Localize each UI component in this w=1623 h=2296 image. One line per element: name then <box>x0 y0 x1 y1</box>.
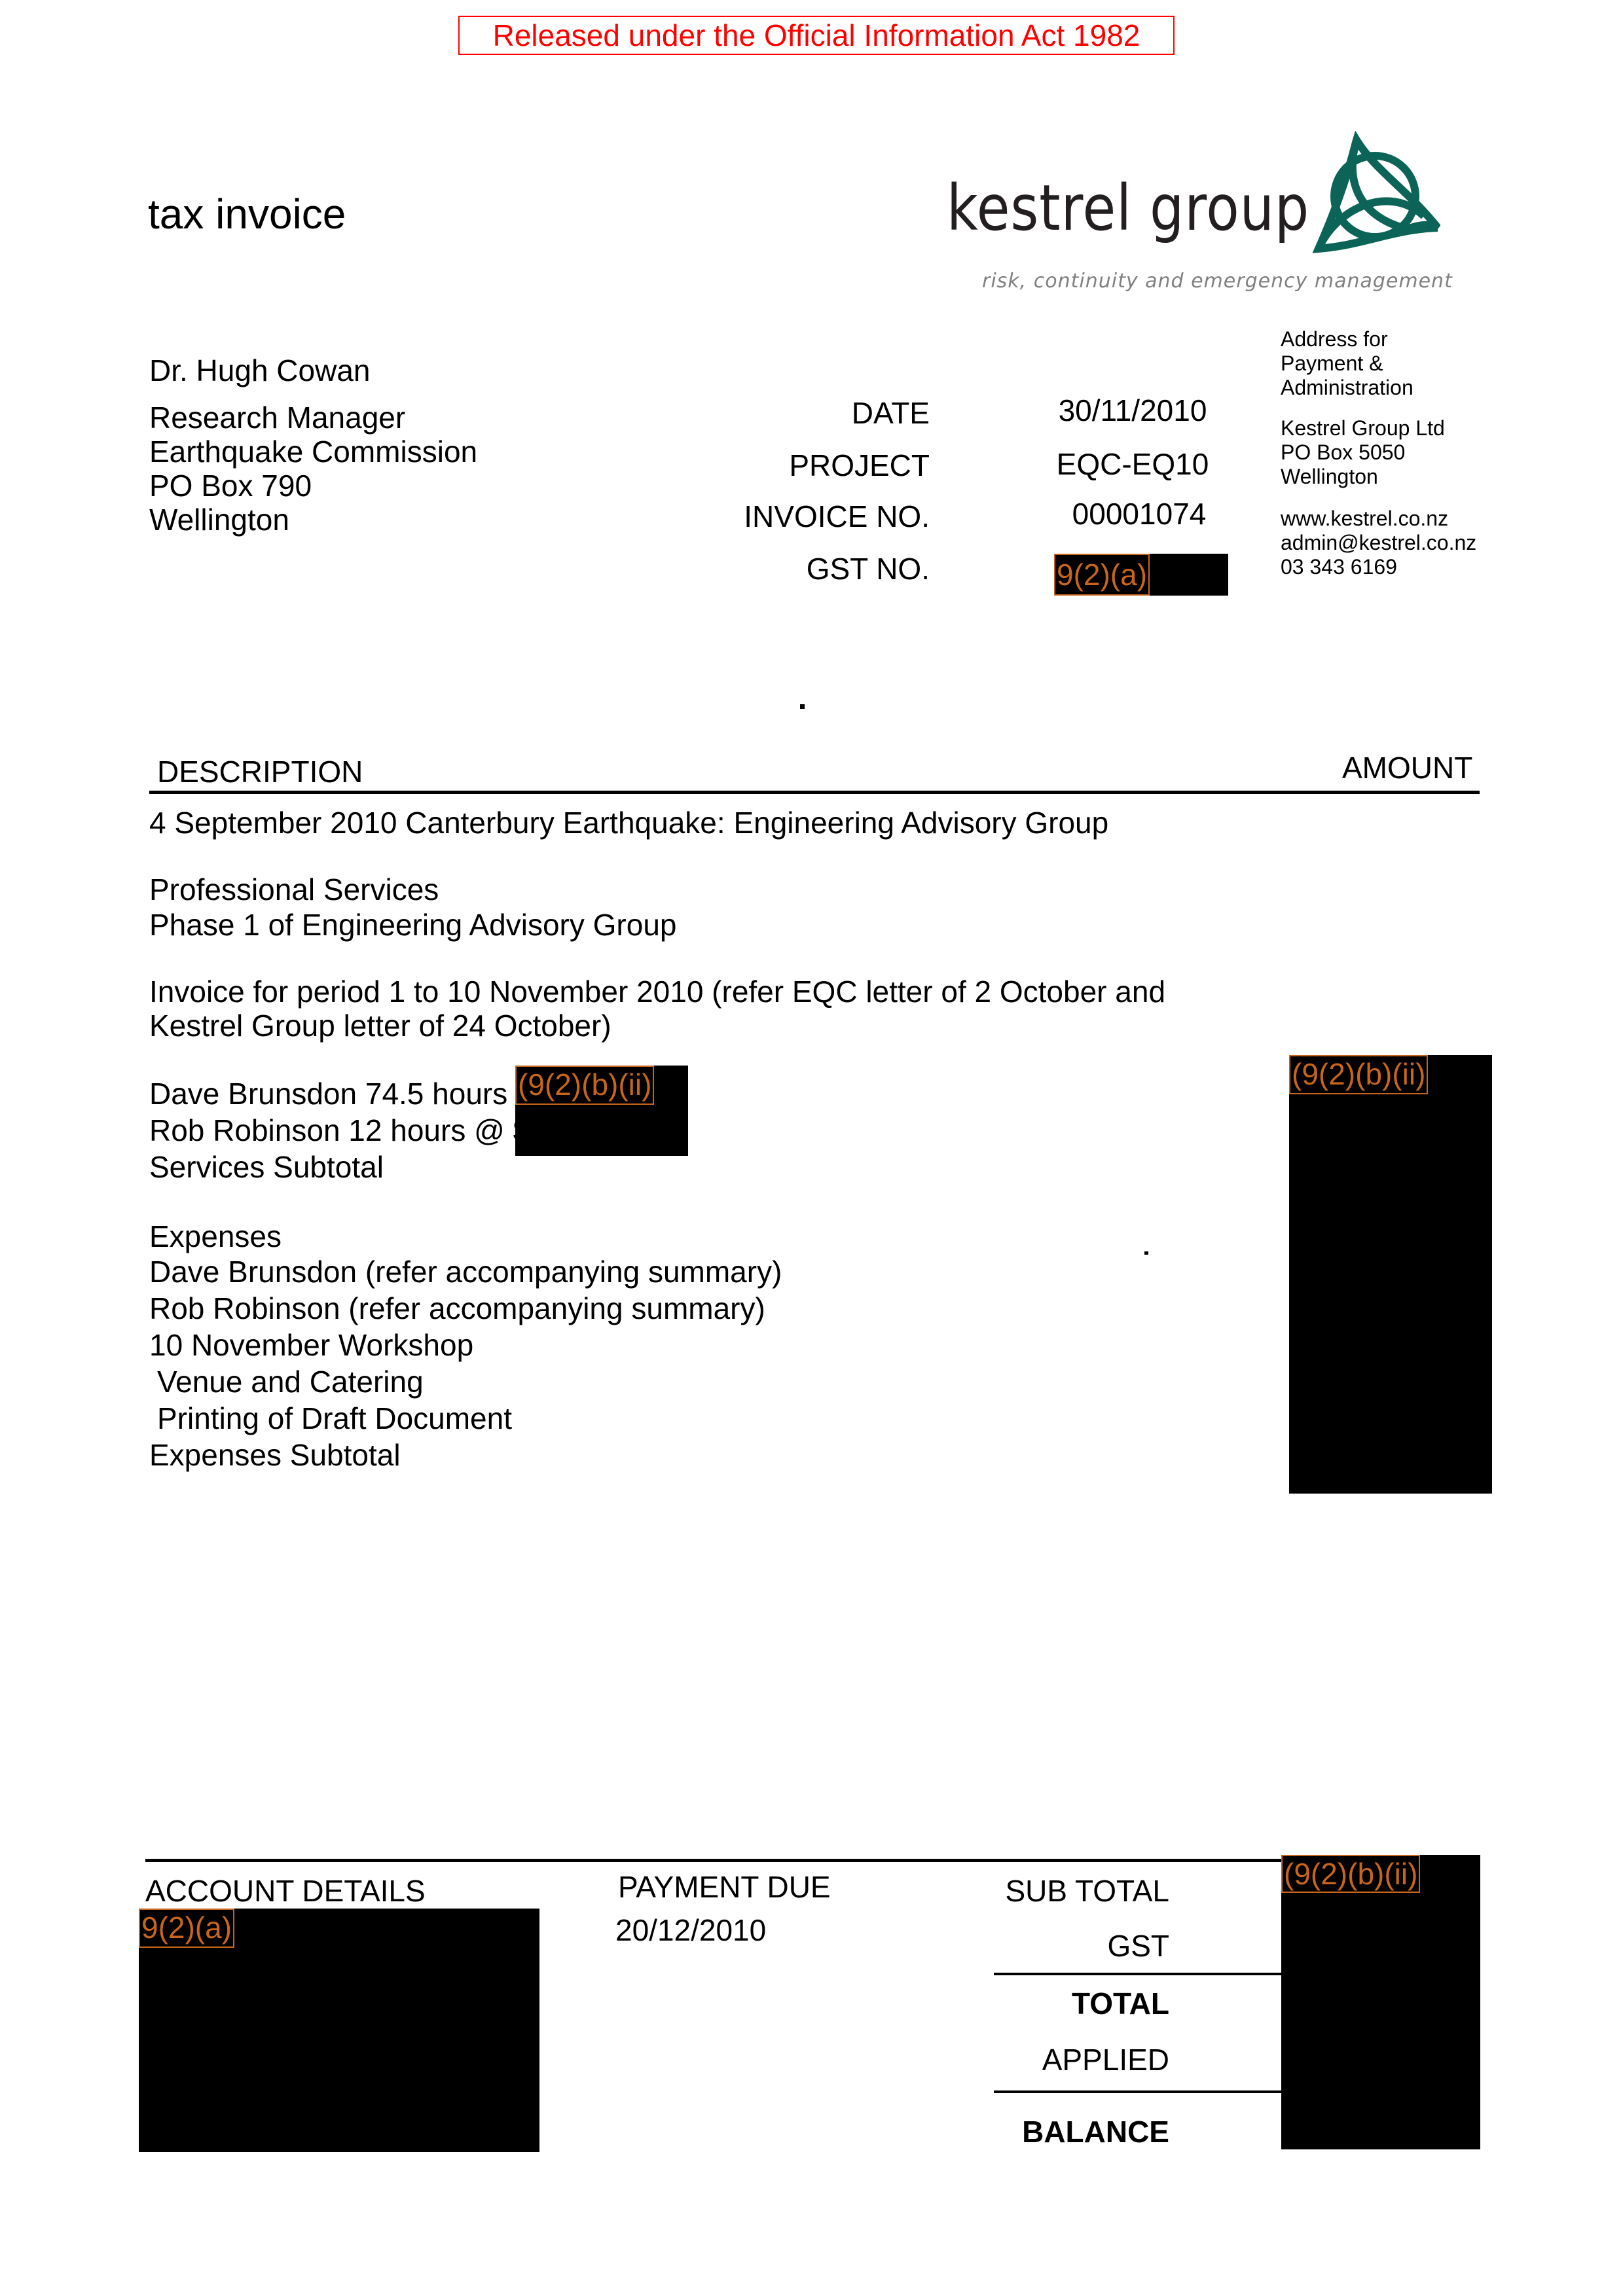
gst-label: GST <box>917 1928 1169 1964</box>
company-address-heading: Address for Payment & Administration <box>1281 327 1413 400</box>
account-details-redaction: 9(2)(a) <box>139 1909 539 2152</box>
address-line: Wellington <box>1281 465 1445 489</box>
recipient-address-line: Earthquake Commission <box>149 435 477 469</box>
totals-redaction: (9(2)(b)(ii) <box>1281 1855 1480 2149</box>
project-value: EQC-EQ10 <box>1034 446 1231 482</box>
email-link[interactable]: admin@kestrel.co.nz <box>1281 531 1476 555</box>
address-line: PO Box 5050 <box>1281 440 1445 465</box>
payment-due-label: PAYMENT DUE <box>618 1869 831 1905</box>
expenses-heading: Expenses <box>149 1219 282 1254</box>
stray-mark <box>1144 1251 1148 1255</box>
total-label: TOTAL <box>917 1986 1169 2021</box>
services-subtotal-label: Services Subtotal <box>149 1149 384 1185</box>
redaction-label: 9(2)(a) <box>1054 554 1150 596</box>
project-description: 4 September 2010 Canterbury Earthquake: … <box>149 805 1108 840</box>
expense-line: Dave Brunsdon (refer accompanying summar… <box>149 1254 782 1289</box>
expenses-subtotal-label: Expenses Subtotal <box>149 1437 401 1473</box>
subtotal-label: SUB TOTAL <box>917 1873 1169 1909</box>
invoice-no-label: INVOICE NO. <box>589 499 930 534</box>
recipient-address-line: Wellington <box>149 503 477 537</box>
recipient-address: Research Manager Earthquake Commission P… <box>149 401 477 537</box>
date-value: 30/11/2010 <box>1034 393 1231 428</box>
invoice-period: Invoice for period 1 to 10 November 2010… <box>149 974 1165 1009</box>
services-heading: Professional Services <box>149 872 439 907</box>
invoice-period-cont: Kestrel Group letter of 24 October) <box>149 1008 611 1043</box>
payment-due-value: 20/12/2010 <box>615 1912 766 1948</box>
oia-release-banner: Released under the Official Information … <box>458 16 1175 55</box>
company-postal-address: Kestrel Group Ltd PO Box 5050 Wellington <box>1281 416 1445 489</box>
date-label: DATE <box>589 395 930 431</box>
rate-redaction: (9(2)(b)(ii) <box>515 1066 688 1156</box>
gst-no-redaction: 9(2)(a) <box>1054 554 1228 596</box>
gst-no-label: GST NO. <box>589 551 930 586</box>
triquetra-knot-icon <box>1309 131 1440 255</box>
amount-column-header: AMOUNT <box>1342 750 1472 785</box>
services-subheading: Phase 1 of Engineering Advisory Group <box>149 907 677 942</box>
recipient-address-line: Research Manager <box>149 401 477 435</box>
website-link[interactable]: www.kestrel.co.nz <box>1281 507 1476 531</box>
expense-line: Rob Robinson (refer accompanying summary… <box>149 1291 765 1326</box>
footer-divider <box>145 1859 1303 1862</box>
applied-label: APPLIED <box>917 2042 1169 2077</box>
total-divider <box>994 1973 1282 1975</box>
expense-line: Venue and Catering <box>157 1364 424 1399</box>
header-divider <box>149 791 1480 794</box>
balance-divider <box>994 2090 1282 2093</box>
phone-number: 03 343 6169 <box>1281 555 1476 579</box>
address-line: Payment & <box>1281 351 1413 376</box>
company-tagline: risk, continuity and emergency managemen… <box>982 270 1453 293</box>
recipient-address-line: PO Box 790 <box>149 469 477 503</box>
service-line-brunsdon: Dave Brunsdon 74.5 hours <box>149 1076 507 1111</box>
amount-redaction: (9(2)(b)(ii) <box>1289 1055 1492 1494</box>
address-line: Administration <box>1281 376 1413 400</box>
redaction-label: (9(2)(b)(ii) <box>1289 1055 1428 1094</box>
service-line-robinson: Rob Robinson 12 hours @ $ <box>149 1113 530 1148</box>
recipient-name: Dr. Hugh Cowan <box>149 353 371 387</box>
company-logo-wordmark: kestrel group <box>947 171 1309 245</box>
company-contact: www.kestrel.co.nz admin@kestrel.co.nz 03… <box>1281 507 1476 579</box>
document-title: tax invoice <box>148 190 346 238</box>
stray-mark <box>800 704 805 709</box>
project-label: PROJECT <box>589 448 930 483</box>
description-column-header: DESCRIPTION <box>157 754 363 789</box>
invoice-no-value: 00001074 <box>1041 496 1237 531</box>
redaction-label: (9(2)(b)(ii) <box>1281 1855 1420 1893</box>
expense-line: Printing of Draft Document <box>157 1401 512 1436</box>
expense-line: 10 November Workshop <box>149 1327 473 1363</box>
address-line: Address for <box>1281 327 1413 351</box>
redaction-label: (9(2)(b)(ii) <box>515 1066 654 1105</box>
redaction-label: 9(2)(a) <box>139 1909 234 1948</box>
balance-label: BALANCE <box>917 2114 1169 2149</box>
address-line: Kestrel Group Ltd <box>1281 416 1445 440</box>
account-details-label: ACCOUNT DETAILS <box>145 1873 426 1909</box>
